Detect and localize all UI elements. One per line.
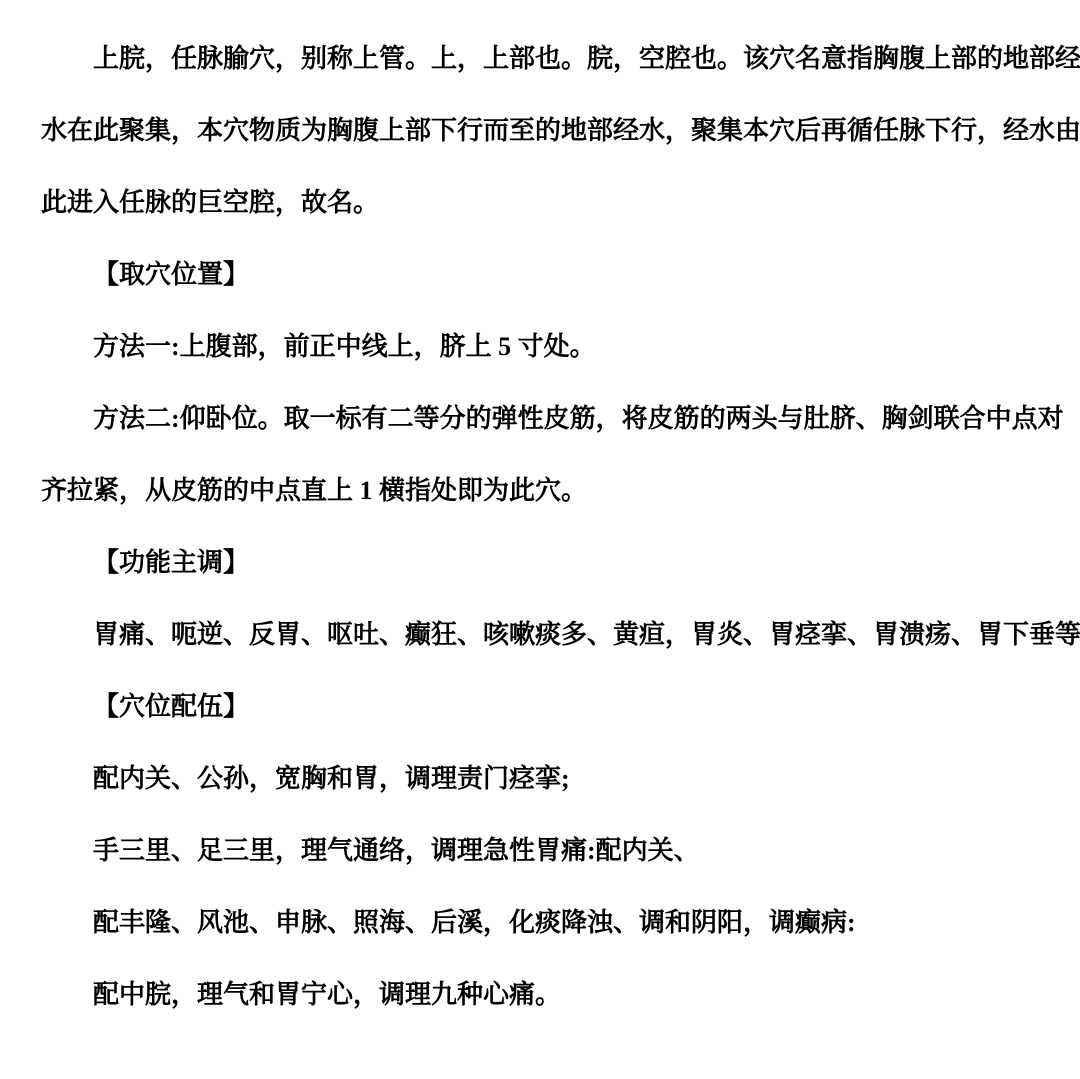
combination-line-2: 手三里、足三里，理气通络，调理急性胃痛:配内关、	[41, 815, 1042, 887]
combination-line-1: 配内关、公孙，宽胸和胃，调理责门痉挛;	[41, 743, 1042, 815]
section-header-functions: 【功能主调】	[41, 527, 1042, 599]
location-method-2-line-1: 方法二:仰卧位。取一标有二等分的弹性皮筋，将皮筋的两头与肚脐、胸剑联合中点对	[41, 383, 1042, 455]
section-header-combinations: 【穴位配伍】	[41, 671, 1042, 743]
section-header-location: 【取穴位置】	[41, 239, 1042, 311]
location-method-1-line: 方法一:上腹部，前正中线上，脐上 5 寸处。	[41, 311, 1042, 383]
paragraph-naming-line-2: 水在此聚集，本穴物质为胸腹上部下行而至的地部经水，聚集本穴后再循任脉下行，经水由	[41, 95, 1042, 167]
paragraph-naming-line-1: 上脘，任脉腧穴，别称上管。上，上部也。脘，空腔也。该穴名意指胸腹上部的地部经	[41, 23, 1042, 95]
combination-line-4: 配中脘，理气和胃宁心，调理九种心痛。	[41, 959, 1042, 1031]
document-page: 上脘，任脉腧穴，别称上管。上，上部也。脘，空腔也。该穴名意指胸腹上部的地部经 水…	[0, 0, 1080, 1079]
combination-line-3: 配丰隆、风池、申脉、照海、后溪，化痰降浊、调和阴阳，调癫病:	[41, 887, 1042, 959]
paragraph-naming-line-3: 此进入任脉的巨空腔，故名。	[41, 167, 1042, 239]
location-method-2-line-2: 齐拉紧，从皮筋的中点直上 1 横指处即为此穴。	[41, 455, 1042, 527]
functions-indications-line: 胃痛、呃逆、反胃、呕吐、癫狂、咳嗽痰多、黄疸，胃炎、胃痉挛、胃溃疡、胃下垂等	[41, 599, 1042, 671]
